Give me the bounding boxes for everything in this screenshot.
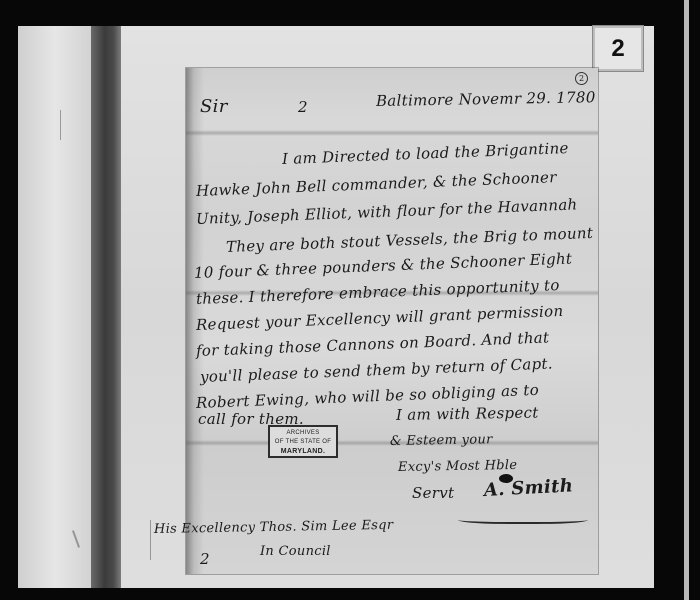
salutation: Sir — [200, 96, 228, 117]
dateline: Baltimore Novemr 29. 1780 — [376, 88, 596, 110]
letter-number: 2 — [298, 98, 308, 116]
ink-blot — [499, 474, 513, 483]
letter-page: Sir 2 Baltimore Novemr 29. 1780 I am Dir… — [186, 68, 598, 574]
closing-line-4: Servt — [412, 484, 454, 502]
mount-left-strip — [18, 26, 92, 588]
closing-line-1: I am with Respect — [396, 404, 539, 424]
margin-number: 2 — [200, 550, 210, 568]
closing-line-3: Excy's Most Hble — [398, 458, 518, 475]
microfilm-frame: 2 Sir 2 Baltimore Novemr 29. 1780 I am D… — [0, 0, 700, 600]
body-line-1: I am Directed to load the Brigantine — [282, 139, 569, 168]
page-number-tag: 2 — [592, 25, 644, 72]
film-scratch — [150, 520, 151, 560]
binding-shadow-band — [91, 26, 121, 588]
stamp-line-2: OF THE STATE OF — [270, 438, 336, 447]
body-line-9: you'll please to send them by return of … — [200, 354, 553, 386]
film-edge-rail — [684, 0, 689, 600]
closing-line-2: & Esteem your — [390, 432, 493, 449]
signature: A. Smith — [483, 475, 573, 501]
body-line-3: Unity, Joseph Elliot, with flour for the… — [196, 195, 578, 228]
body-line-2: Hawke John Bell commander, & the Schoone… — [196, 168, 557, 200]
stamp-line-1: ARCHIVES — [270, 429, 336, 438]
archives-stamp: ARCHIVES OF THE STATE OF MARYLAND. — [268, 425, 338, 458]
paper-fold — [186, 130, 598, 136]
address-line-2: In Council — [260, 544, 331, 559]
address-line-1: His Excellency Thos. Sim Lee Esqr — [154, 518, 394, 537]
circled-folio-number: 2 — [575, 72, 588, 85]
stamp-line-3: MARYLAND. — [270, 447, 336, 456]
film-scratch — [60, 110, 61, 140]
body-line-8: for taking those Cannons on Board. And t… — [196, 328, 550, 360]
signature-flourish — [458, 514, 588, 524]
